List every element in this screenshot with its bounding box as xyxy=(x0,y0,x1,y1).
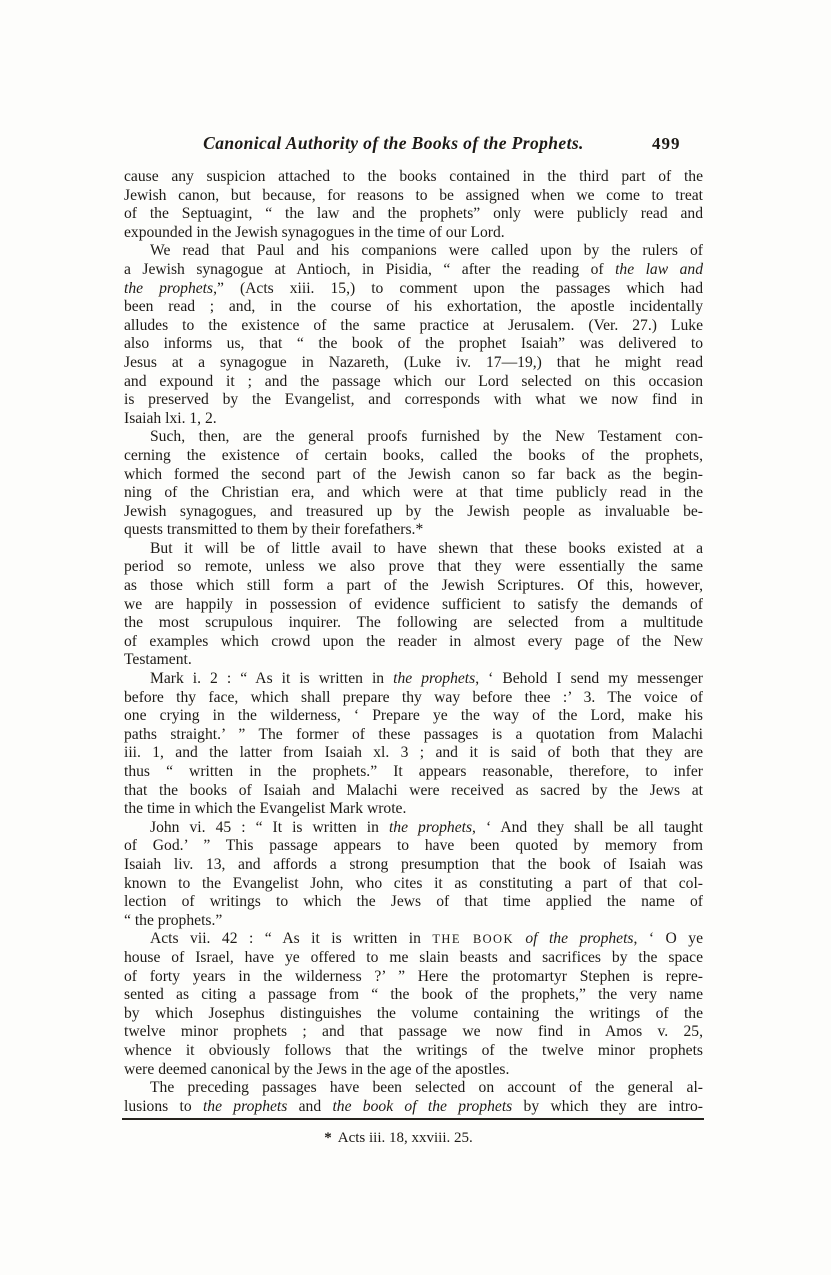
text-run: Jewish canon, but because, for reasons t… xyxy=(124,187,703,204)
text-run: Mark i. 2 : “ As it is written in xyxy=(150,670,393,687)
paragraph: cause any suspicion attached to the book… xyxy=(124,168,703,242)
text-run: ,” (Acts xiii. 15,) to comment upon the … xyxy=(213,280,703,297)
text-line: Jesus at a synagogue in Nazareth, (Luke … xyxy=(124,354,703,373)
text-run: , ‘ O ye xyxy=(634,930,704,947)
text-run: Isaiah liv. 13, and affords a strong pre… xyxy=(124,856,703,873)
italic-text-run: the law and xyxy=(615,261,703,278)
text-run: that the books of Isaiah and Malachi wer… xyxy=(124,782,703,799)
text-line: we are happily in possession of evidence… xyxy=(124,596,703,615)
text-line: cause any suspicion attached to the book… xyxy=(124,168,703,187)
text-line: Such, then, are the general proofs furni… xyxy=(124,428,703,447)
text-line: But it will be of little avail to have s… xyxy=(124,540,703,559)
text-run: is preserved by the Evangelist, and corr… xyxy=(124,391,703,408)
text-line: been read ; and, in the course of his ex… xyxy=(124,298,703,317)
text-run: expounded in the Jewish synagogues in th… xyxy=(124,224,505,241)
text-run: , ‘ And they shall be all taught xyxy=(472,819,703,836)
text-line: Mark i. 2 : “ As it is written in the pr… xyxy=(124,670,703,689)
text-run: But it will be of little avail to have s… xyxy=(150,540,703,557)
text-run: and expound it ; and the passage which o… xyxy=(124,373,703,390)
text-line: of God.’ ” This passage appears to have … xyxy=(124,837,703,856)
text-line: before thy face, which shall prepare thy… xyxy=(124,689,703,708)
text-line: which formed the second part of the Jewi… xyxy=(124,466,703,485)
text-run: one crying in the wilderness, ‘ Prepare … xyxy=(124,707,703,724)
italic-text-run: the prophets xyxy=(203,1098,287,1115)
text-line: the most scrupulous inquirer. The follow… xyxy=(124,614,703,633)
text-run: iii. 1, and the latter from Isaiah xl. 3… xyxy=(124,744,703,761)
text-line: Testament. xyxy=(124,651,703,670)
text-run: of God.’ ” This passage appears to have … xyxy=(124,837,703,854)
text-line: is preserved by the Evangelist, and corr… xyxy=(124,391,703,410)
footnote: *Acts iii. 18, xxviii. 25. xyxy=(124,1129,703,1147)
text-run: “ the prophets.” xyxy=(124,912,222,929)
text-line: Jewish synagogues, and treasured up by t… xyxy=(124,503,703,522)
text-line: as those which still form a part of the … xyxy=(124,577,703,596)
page-body: cause any suspicion attached to the book… xyxy=(124,168,703,1116)
paragraph: Such, then, are the general proofs furni… xyxy=(124,428,703,540)
text-run: John vi. 45 : “ It is written in xyxy=(150,819,389,836)
text-line: sented as citing a passage from “ the bo… xyxy=(124,986,703,1005)
italic-text-run: the prophets xyxy=(389,819,472,836)
text-line: The preceding passages have been selecte… xyxy=(124,1079,703,1098)
text-run: lection of writings to which the Jews of… xyxy=(124,893,703,910)
text-run: ning of the Christian era, and which wer… xyxy=(124,484,703,501)
italic-text-run: of the prophets xyxy=(514,930,634,947)
text-run: of forty years in the wilderness ?’ ” He… xyxy=(124,968,703,985)
paragraph: But it will be of little avail to have s… xyxy=(124,540,703,670)
text-line: one crying in the wilderness, ‘ Prepare … xyxy=(124,707,703,726)
text-run: alludes to the existence of the same pra… xyxy=(124,317,703,334)
text-line: of examples which crowd upon the reader … xyxy=(124,633,703,652)
text-run: by which they are intro- xyxy=(512,1098,703,1115)
text-run: house of Israel, have ye offered to me s… xyxy=(124,949,703,966)
text-run: cerning the existence of certain books, … xyxy=(124,447,703,464)
text-run: the time in which the Evangelist Mark wr… xyxy=(124,800,406,817)
text-line: the time in which the Evangelist Mark wr… xyxy=(124,800,703,819)
text-run: which formed the second part of the Jewi… xyxy=(124,466,703,483)
text-run: known to the Evangelist John, who cites … xyxy=(124,875,703,892)
text-line: were deemed canonical by the Jews in the… xyxy=(124,1061,703,1080)
text-run: paths straight.’ ” The former of these p… xyxy=(124,726,703,743)
text-line: cerning the existence of certain books, … xyxy=(124,447,703,466)
footnote-rule xyxy=(122,1118,704,1120)
text-line: expounded in the Jewish synagogues in th… xyxy=(124,224,703,243)
text-line: Isaiah liv. 13, and affords a strong pre… xyxy=(124,856,703,875)
text-line: John vi. 45 : “ It is written in the pro… xyxy=(124,819,703,838)
text-run: whence it obviously follows that the wri… xyxy=(124,1042,703,1059)
text-line: paths straight.’ ” The former of these p… xyxy=(124,726,703,745)
text-line: We read that Paul and his companions wer… xyxy=(124,242,703,261)
text-line: “ the prophets.” xyxy=(124,912,703,931)
text-line: twelve minor prophets ; and that passage… xyxy=(124,1023,703,1042)
text-run: cause any suspicion attached to the book… xyxy=(124,168,703,185)
text-run: of examples which crowd upon the reader … xyxy=(124,633,703,650)
text-run: as those which still form a part of the … xyxy=(124,577,703,594)
italic-text-run: the prophets xyxy=(393,670,475,687)
text-line: also informs us, that “ the book of the … xyxy=(124,335,703,354)
text-line: a Jewish synagogue at Antioch, in Pisidi… xyxy=(124,261,703,280)
text-run: and xyxy=(287,1098,332,1115)
text-run: were deemed canonical by the Jews in the… xyxy=(124,1061,509,1078)
text-run: We read that Paul and his companions wer… xyxy=(150,242,703,259)
text-line: iii. 1, and the latter from Isaiah xl. 3… xyxy=(124,744,703,763)
text-run: The preceding passages have been selecte… xyxy=(150,1079,703,1096)
text-line: whence it obviously follows that the wri… xyxy=(124,1042,703,1061)
text-run: twelve minor prophets ; and that passage… xyxy=(124,1023,703,1040)
text-run: by which Josephus distinguishes the volu… xyxy=(124,1005,703,1022)
text-line: Jewish canon, but because, for reasons t… xyxy=(124,187,703,206)
text-run: Testament. xyxy=(124,651,192,668)
paragraph: We read that Paul and his companions wer… xyxy=(124,242,703,428)
text-line: period so remote, unless we also prove t… xyxy=(124,558,703,577)
text-run: we are happily in possession of evidence… xyxy=(124,596,703,613)
footnote-text: Acts iii. 18, xxviii. 25. xyxy=(338,1130,473,1146)
italic-text-run: the prophets xyxy=(124,280,213,297)
text-line: quests transmitted to them by their fore… xyxy=(124,521,703,540)
text-run: Isaiah lxi. 1, 2. xyxy=(124,410,217,427)
text-line: ning of the Christian era, and which wer… xyxy=(124,484,703,503)
text-run: sented as citing a passage from “ the bo… xyxy=(124,986,703,1003)
paragraph: The preceding passages have been selecte… xyxy=(124,1079,703,1116)
text-run: Jesus at a synagogue in Nazareth, (Luke … xyxy=(124,354,703,371)
text-line: that the books of Isaiah and Malachi wer… xyxy=(124,782,703,801)
paragraph: John vi. 45 : “ It is written in the pro… xyxy=(124,819,703,931)
text-run: of the Septuagint, “ the law and the pro… xyxy=(124,205,703,222)
smallcaps-text-run: THE BOOK xyxy=(432,932,513,946)
text-line: and expound it ; and the passage which o… xyxy=(124,373,703,392)
paragraph: Mark i. 2 : “ As it is written in the pr… xyxy=(124,670,703,819)
text-line: house of Israel, have ye offered to me s… xyxy=(124,949,703,968)
text-line: by which Josephus distinguishes the volu… xyxy=(124,1005,703,1024)
text-run: period so remote, unless we also prove t… xyxy=(124,558,703,575)
text-run: Acts vii. 42 : “ As it is written in xyxy=(150,930,432,947)
text-line: Acts vii. 42 : “ As it is written in THE… xyxy=(124,930,703,949)
text-run: before thy face, which shall prepare thy… xyxy=(124,689,703,706)
text-run: the most scrupulous inquirer. The follow… xyxy=(124,614,703,631)
text-run: Jewish synagogues, and treasured up by t… xyxy=(124,503,703,520)
text-run: lusions to xyxy=(124,1098,203,1115)
text-run: Such, then, are the general proofs furni… xyxy=(150,428,703,445)
text-line: known to the Evangelist John, who cites … xyxy=(124,875,703,894)
text-run: thus “ written in the prophets.” It appe… xyxy=(124,763,703,780)
text-run: been read ; and, in the course of his ex… xyxy=(124,298,703,315)
footnote-marker: * xyxy=(324,1130,332,1146)
running-header-title: Canonical Authority of the Books of the … xyxy=(124,133,703,153)
text-run: quests transmitted to them by their fore… xyxy=(124,521,423,538)
text-run: , ‘ Behold I send my messenger xyxy=(475,670,703,687)
scanned-book-page: Canonical Authority of the Books of the … xyxy=(0,0,831,1275)
text-run: a Jewish synagogue at Antioch, in Pisidi… xyxy=(124,261,615,278)
text-run: also informs us, that “ the book of the … xyxy=(124,335,703,352)
text-line: Isaiah lxi. 1, 2. xyxy=(124,410,703,429)
page-number: 499 xyxy=(652,134,681,154)
paragraph: Acts vii. 42 : “ As it is written in THE… xyxy=(124,930,703,1079)
text-line: of forty years in the wilderness ?’ ” He… xyxy=(124,968,703,987)
text-line: thus “ written in the prophets.” It appe… xyxy=(124,763,703,782)
italic-text-run: the book of the prophets xyxy=(332,1098,512,1115)
text-line: lection of writings to which the Jews of… xyxy=(124,893,703,912)
text-line: of the Septuagint, “ the law and the pro… xyxy=(124,205,703,224)
text-line: the prophets,” (Acts xiii. 15,) to comme… xyxy=(124,280,703,299)
text-line: alludes to the existence of the same pra… xyxy=(124,317,703,336)
text-line: lusions to the prophets and the book of … xyxy=(124,1098,703,1117)
